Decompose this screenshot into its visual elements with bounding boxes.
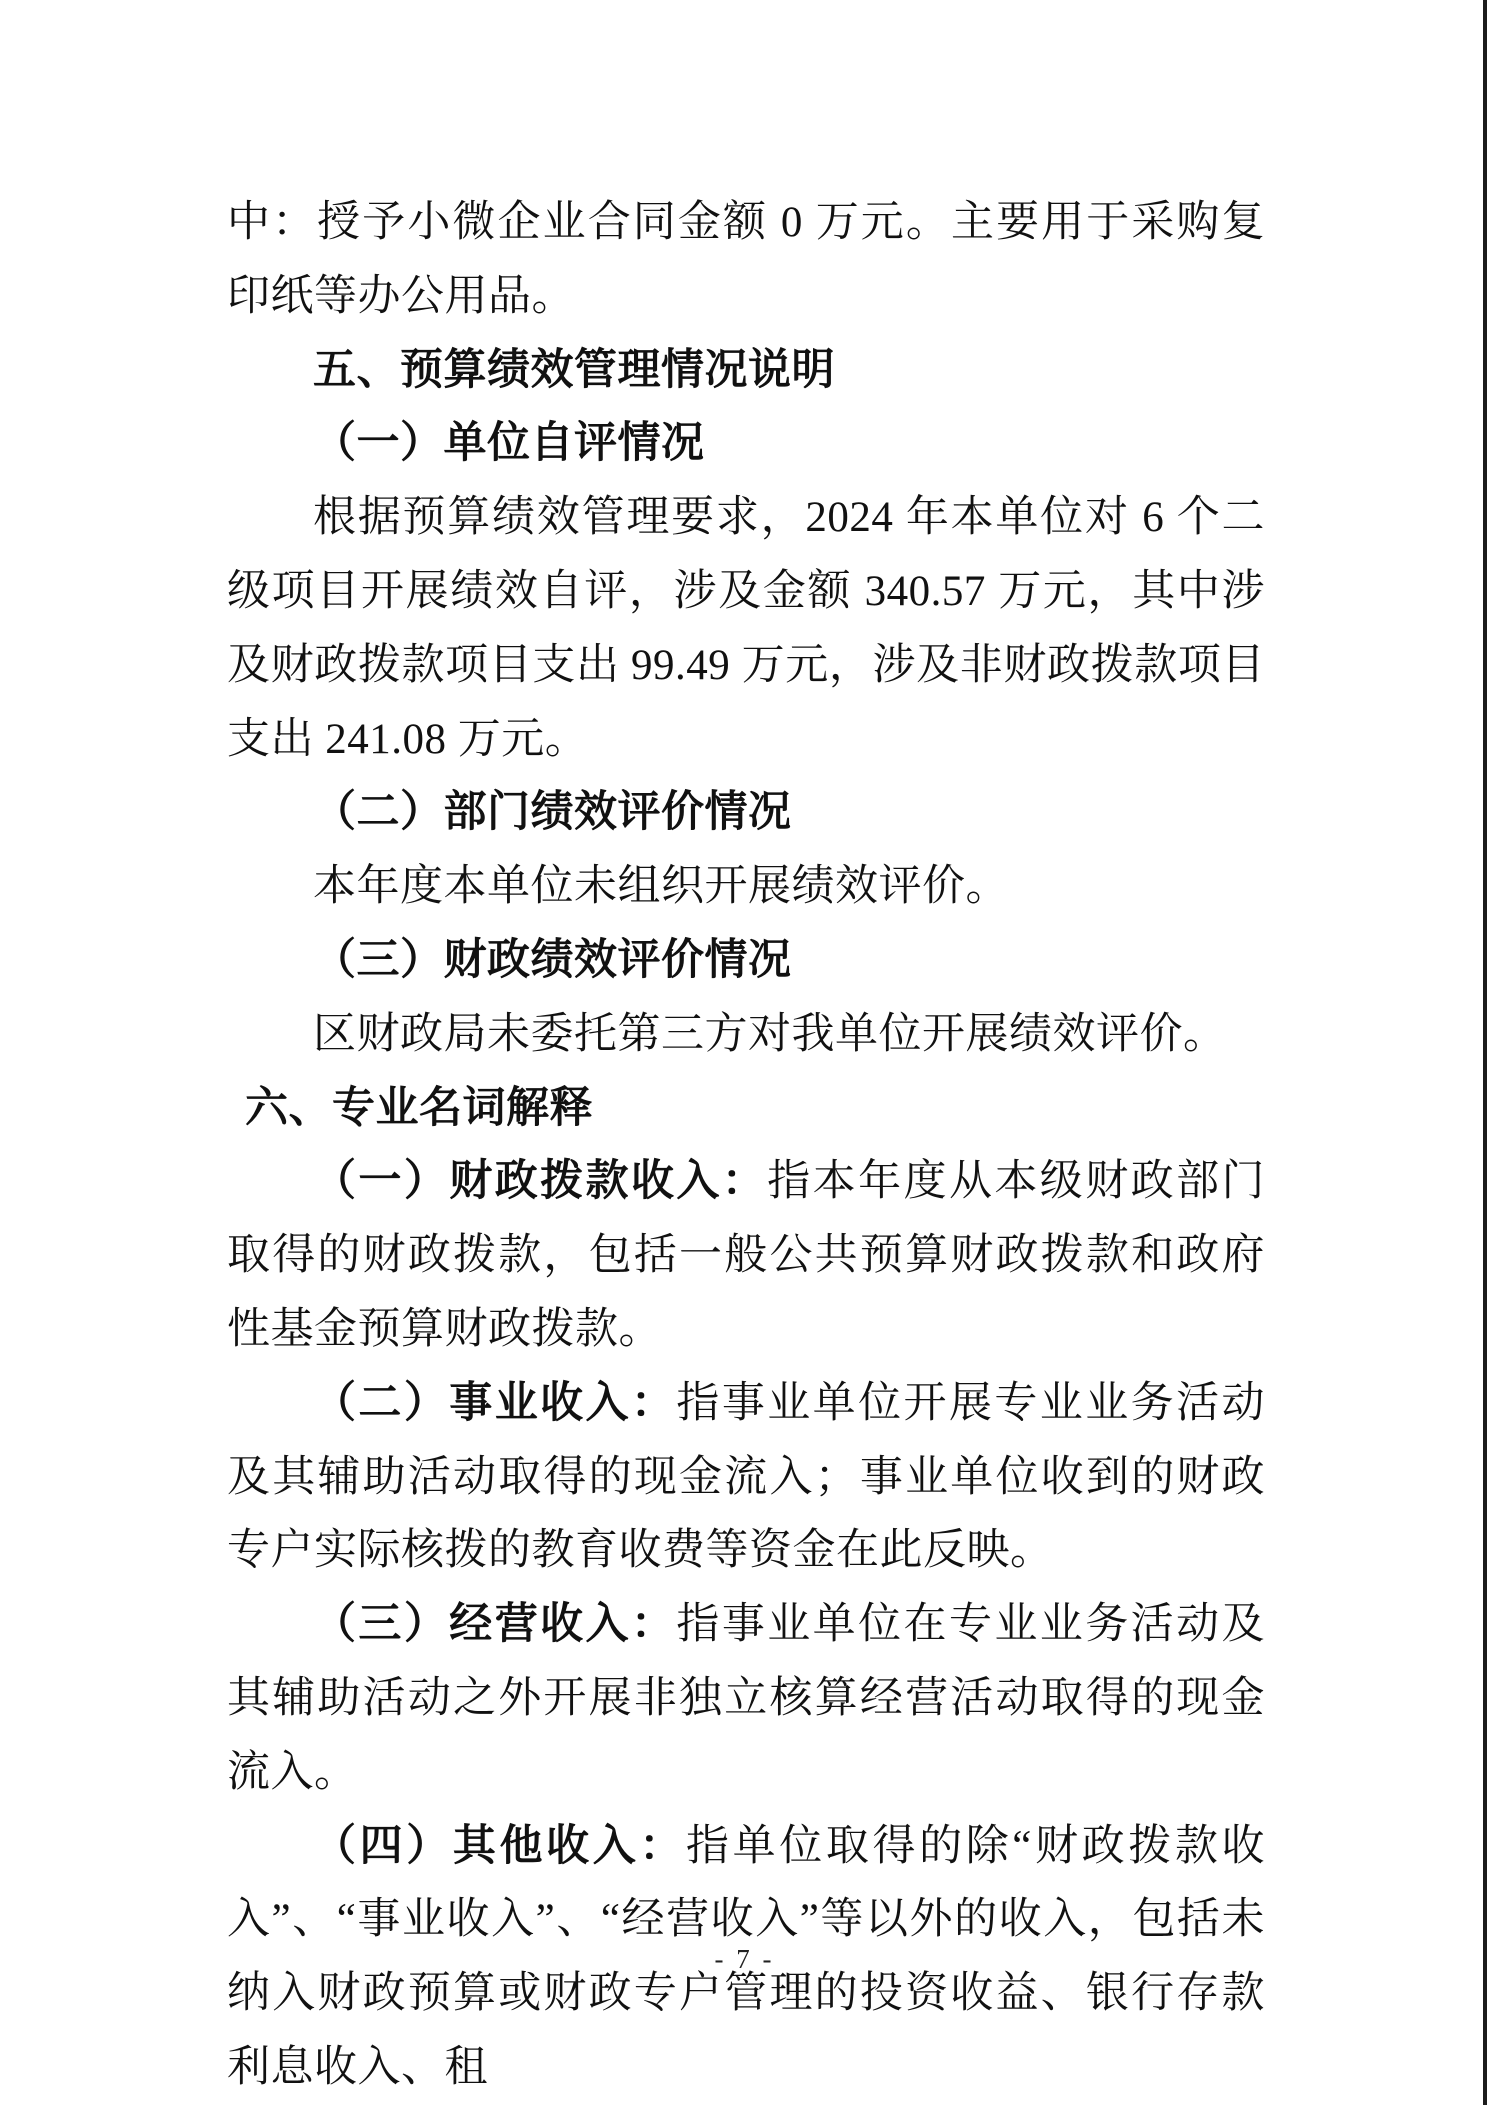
heading-section-6-glossary: 六、专业名词解释 — [227, 1072, 1265, 1146]
scan-edge-line — [1483, 0, 1487, 2105]
heading-lead: （二）部门绩效评价情况 — [313, 789, 792, 836]
paragraph-text: 区财政局未委托第三方对我单位开展绩效评价。 — [313, 1011, 1227, 1058]
term-lead: （四）其他收入： — [313, 1823, 686, 1870]
document-page: 中：授予小微企业合同金额 0 万元。主要用于采购复印纸等办公用品。 五、预算绩效… — [0, 0, 1489, 2105]
paragraph-term-fiscal-appropriation-income: （一）财政拨款收入：指本年度从本级财政部门取得的财政拨款，包括一般公共预算财政拨… — [227, 1145, 1265, 1366]
term-lead: （一）财政拨款收入： — [313, 1158, 767, 1205]
heading-lead: 六、专业名词解释 — [245, 1085, 593, 1132]
paragraph-term-operating-income: （三）经营收入：指事业单位在专业业务活动及其辅助活动之外开展非独立核算经营活动取… — [227, 1588, 1265, 1809]
paragraph-department-evaluation-detail: 本年度本单位未组织开展绩效评价。 — [227, 850, 1265, 924]
paragraph-finance-evaluation-detail: 区财政局未委托第三方对我单位开展绩效评价。 — [227, 998, 1265, 1072]
term-lead: （二）事业收入： — [313, 1380, 676, 1427]
paragraph-text: 中：授予小微企业合同金额 0 万元。主要用于采购复印纸等办公用品。 — [227, 199, 1265, 320]
heading-lead: （三）财政绩效评价情况 — [313, 937, 792, 984]
page-number: - 7 - — [0, 1944, 1489, 1975]
term-lead: （三）经营收入： — [313, 1601, 676, 1648]
paragraph-self-evaluation-detail: 根据预算绩效管理要求，2024 年本单位对 6 个二级项目开展绩效自评，涉及金额… — [227, 481, 1265, 776]
heading-lead: （一）单位自评情况 — [313, 420, 705, 467]
heading-section-5-performance-management: 五、预算绩效管理情况说明 — [227, 334, 1265, 408]
paragraph-carryover-contracts: 中：授予小微企业合同金额 0 万元。主要用于采购复印纸等办公用品。 — [227, 186, 1265, 334]
paragraph-text: 本年度本单位未组织开展绩效评价。 — [313, 863, 1009, 910]
paragraph-text: 根据预算绩效管理要求，2024 年本单位对 6 个二级项目开展绩效自评，涉及金额… — [227, 494, 1265, 762]
document-body: 中：授予小微企业合同金额 0 万元。主要用于采购复印纸等办公用品。 五、预算绩效… — [227, 186, 1265, 2105]
heading-sub-3-finance-evaluation: （三）财政绩效评价情况 — [227, 924, 1265, 998]
heading-sub-2-department-evaluation: （二）部门绩效评价情况 — [227, 776, 1265, 850]
heading-lead: 五、预算绩效管理情况说明 — [313, 347, 835, 394]
paragraph-term-business-income: （二）事业收入：指事业单位开展专业业务活动及其辅助活动取得的现金流入；事业单位收… — [227, 1367, 1265, 1588]
heading-sub-1-self-evaluation: （一）单位自评情况 — [227, 407, 1265, 481]
